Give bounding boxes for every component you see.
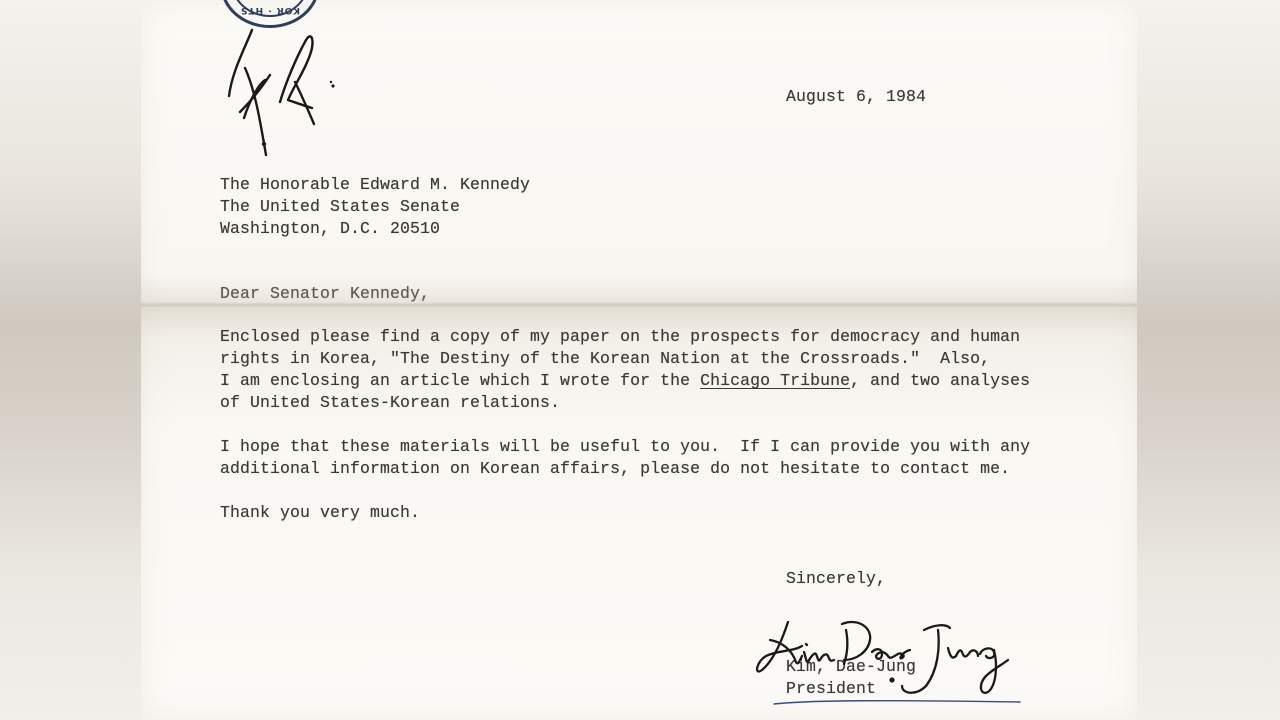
blurred-background-right bbox=[1137, 0, 1280, 720]
recipient-line: The Honorable Edward M. Kennedy bbox=[220, 174, 530, 196]
recipient-line: The United States Senate bbox=[220, 196, 530, 218]
body-line: of United States-Korean relations. bbox=[220, 392, 1030, 414]
body-paragraph-3: Thank you very much. bbox=[220, 502, 420, 524]
body-paragraph-1: Enclosed please find a copy of my paper … bbox=[220, 326, 1030, 414]
recipient-line: Washington, D.C. 20510 bbox=[220, 218, 530, 240]
closing: Sincerely, bbox=[786, 568, 886, 590]
body-line: I am enclosing an article which I wrote … bbox=[220, 370, 1030, 392]
body-paragraph-2: I hope that these materials will be usef… bbox=[220, 436, 1030, 480]
recipient-address: The Honorable Edward M. KennedyThe Unite… bbox=[220, 174, 530, 240]
handwritten-signature-icon bbox=[752, 610, 1032, 710]
handwritten-initials-icon bbox=[220, 20, 360, 190]
seal-text: KOR · HTS bbox=[223, 5, 317, 15]
newspaper-title: Chicago Tribune bbox=[700, 371, 850, 390]
body-line: rights in Korea, "The Destiny of the Kor… bbox=[220, 348, 1030, 370]
body-line: I hope that these materials will be usef… bbox=[220, 436, 1030, 458]
viewer-stage: KOR · HTS August 6, 1984 The Honorable E… bbox=[0, 0, 1280, 720]
salutation: Dear Senator Kennedy, bbox=[220, 283, 430, 305]
letter-date: August 6, 1984 bbox=[786, 86, 926, 108]
signature-underline bbox=[770, 696, 1030, 710]
body-line: Enclosed please find a copy of my paper … bbox=[220, 326, 1030, 348]
blurred-background-left bbox=[0, 0, 141, 720]
body-line: additional information on Korean affairs… bbox=[220, 458, 1030, 480]
